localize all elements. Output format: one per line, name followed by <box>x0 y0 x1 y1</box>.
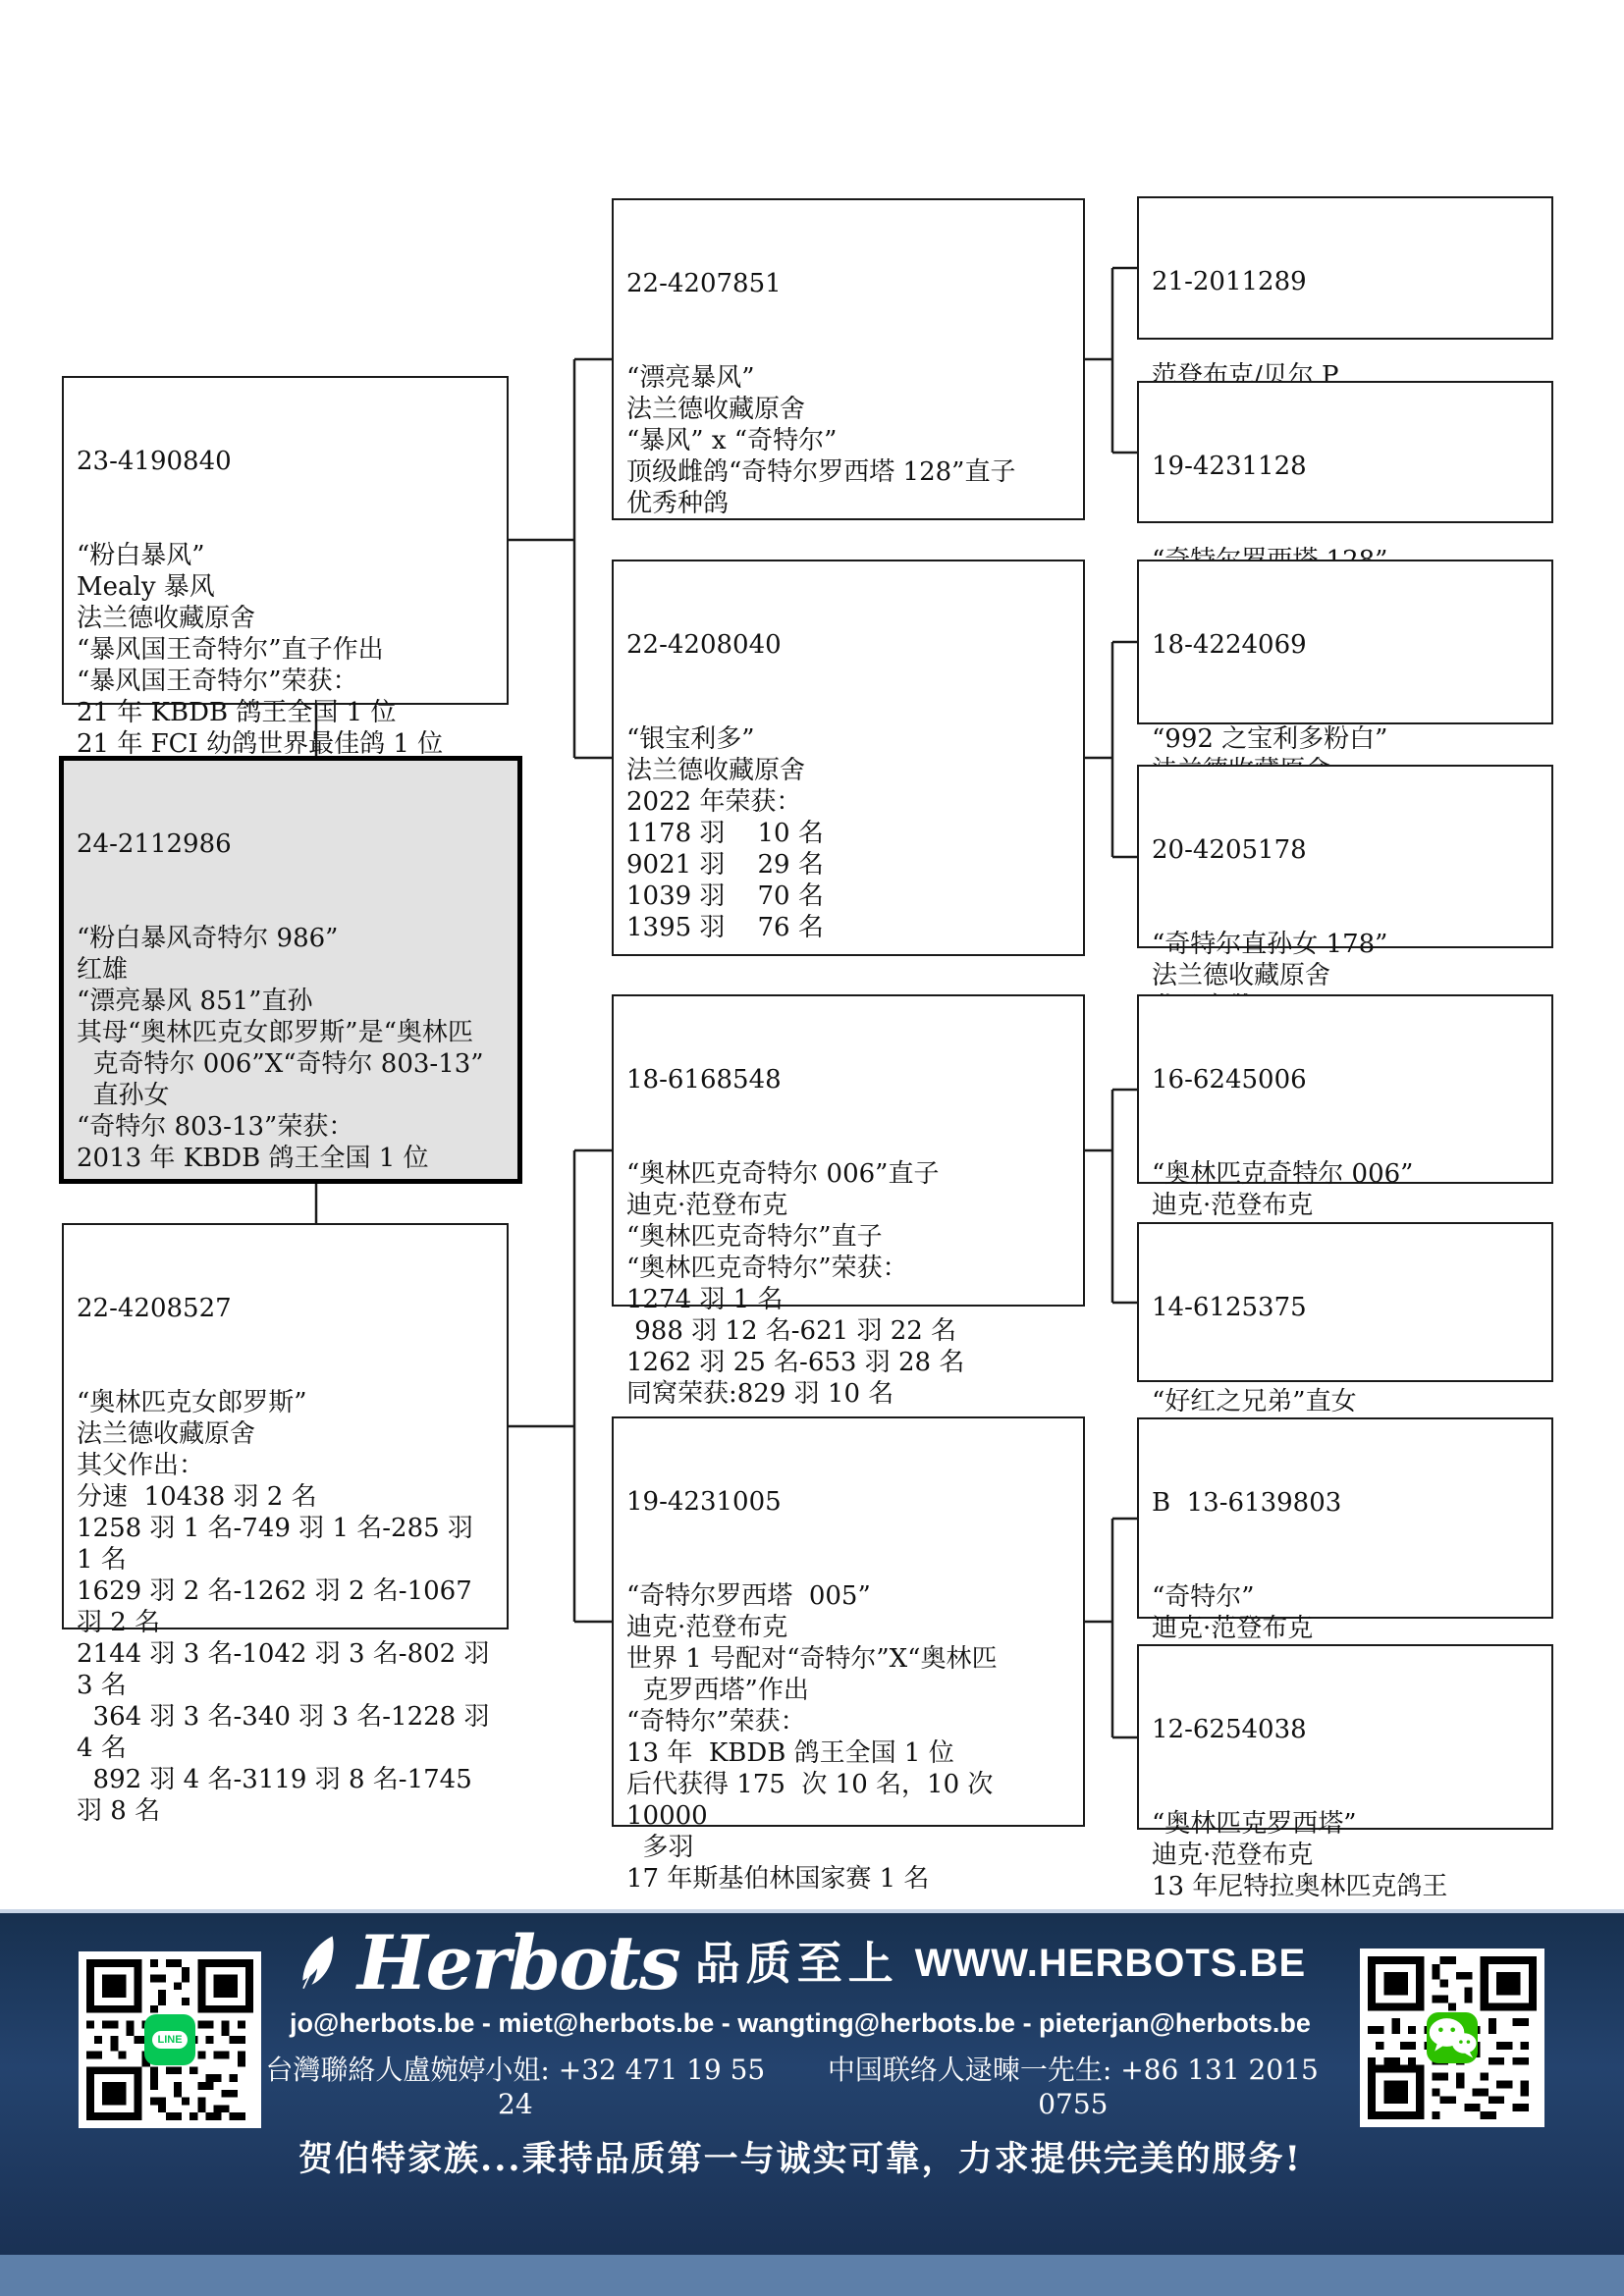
pigeon-details: “奥林匹克女郎罗斯” 法兰德收藏原舍 其父作出： 分速 10438 羽 2 名 … <box>77 1387 494 1827</box>
feather-icon <box>290 1934 347 1994</box>
china-contact: 中国联络人逯暕一先生: +86 131 2015 0755 <box>811 2049 1335 2120</box>
wechat-bubbles <box>1427 2012 1478 2063</box>
great-grandparent-box-7: B 13-6139803 “奇特尔” 迪克·范登布克 2013 年 KBDB 鸽… <box>1137 1417 1553 1619</box>
website-url: WWW.HERBOTS.BE <box>915 1944 1306 1983</box>
ring-number: 18-4224069 <box>1152 629 1539 661</box>
ring-number: 18-6168548 <box>626 1064 1070 1095</box>
footer-bottom-band <box>0 2255 1624 2296</box>
sire-box: 23-4190840 “粉白暴风” Mealy 暴风 法兰德收藏原舍 “暴风国王… <box>62 376 509 705</box>
wechat-qr-code <box>1360 1949 1544 2127</box>
paternal-granddam-box: 22-4208040 “银宝利多” 法兰德收藏原舍 2022 年荣获： 1178… <box>612 560 1085 956</box>
line-icon: LINE <box>144 2014 195 2065</box>
maternal-granddam-box: 19-4231005 “奇特尔罗西塔 005” 迪克·范登布克 世界 1 号配对… <box>612 1416 1085 1827</box>
brand-tagline: 品质至上 <box>695 1941 899 1986</box>
great-grandparent-box-6: 14-6125375 “好红之兄弟”直女 血系“992x40000” <box>1137 1222 1553 1382</box>
brand-logo: Herbots <box>357 1926 679 2001</box>
ring-number: 19-4231005 <box>626 1486 1070 1518</box>
paternal-grandsire-box: 22-4207851 “漂亮暴风” 法兰德收藏原舍 “暴风” x “奇特尔” 顶… <box>612 198 1085 520</box>
ring-number: 22-4208527 <box>77 1293 494 1324</box>
wechat-icon <box>1427 2012 1478 2063</box>
ring-number: B 13-6139803 <box>1152 1487 1539 1519</box>
pigeon-details: “银宝利多” 法兰德收藏原舍 2022 年荣获： 1178 羽 10 名 902… <box>626 723 1070 943</box>
pigeon-details: “奥林匹克奇特尔 006”直子 迪克·范登布克 “奥林匹克奇特尔”直子 “奥林匹… <box>626 1158 1070 1410</box>
great-grandparent-box-3: 18-4224069 “992 之宝利多粉白” 法兰德收藏原舍 2021 年 K… <box>1137 560 1553 724</box>
pigeon-details: “漂亮暴风” 法兰德收藏原舍 “暴风” x “奇特尔” 顶级雌鸽“奇特尔罗西塔 … <box>626 362 1070 519</box>
ring-number: 14-6125375 <box>1152 1292 1539 1323</box>
contact-phones: 台灣聯絡人盧婉婷小姐: +32 471 19 55 24 中国联络人逯暕一先生:… <box>265 2049 1335 2120</box>
footer-banner: LINE <box>0 1909 1624 2296</box>
great-grandparent-box-1: 21-2011289 范登布克/贝尔 P. 2021 年 KBDB 鸽王全国 1… <box>1137 196 1553 340</box>
ring-number: 24-2112986 <box>77 828 505 860</box>
ring-number: 22-4207851 <box>626 268 1070 299</box>
footer-content: Herbots 品质至上 WWW.HERBOTS.BE jo@herbots.b… <box>265 1922 1335 2181</box>
ring-number: 20-4205178 <box>1152 834 1539 866</box>
subject-box: 24-2112986 “粉白暴风奇特尔 986” 红雄 “漂亮暴风 851”直孙… <box>59 756 522 1184</box>
contact-emails: jo@herbots.be - miet@herbots.be - wangti… <box>265 2008 1335 2039</box>
great-grandparent-box-8: 12-6254038 “奥林匹克罗西塔” 迪克·范登布克 13 年尼特拉奥林匹克… <box>1137 1644 1553 1830</box>
pedigree-page: 23-4190840 “粉白暴风” Mealy 暴风 法兰德收藏原舍 “暴风国王… <box>0 0 1624 2296</box>
ring-number: 21-2011289 <box>1152 266 1539 297</box>
line-icon-label: LINE <box>152 2031 187 2049</box>
pigeon-details: “奥林匹克罗西塔” 迪克·范登布克 13 年尼特拉奥林匹克鸽王 <box>1152 1808 1539 1902</box>
ring-number: 16-6245006 <box>1152 1064 1539 1095</box>
great-grandparent-box-5: 16-6245006 “奥林匹克奇特尔 006” 迪克·范登布克 布克新种鸽 <box>1137 994 1553 1184</box>
ring-number: 19-4231128 <box>1152 451 1539 482</box>
great-grandparent-box-2: 19-4231128 “奇特尔罗西塔 128” 法兰德收藏 出自世界 1 号配对 <box>1137 381 1553 523</box>
taiwan-contact: 台灣聯絡人盧婉婷小姐: +32 471 19 55 24 <box>265 2049 766 2120</box>
brand-row: Herbots 品质至上 WWW.HERBOTS.BE <box>265 1922 1335 2004</box>
ring-number: 23-4190840 <box>77 446 494 477</box>
ring-number: 22-4208040 <box>626 629 1070 661</box>
maternal-grandsire-box: 18-6168548 “奥林匹克奇特尔 006”直子 迪克·范登布克 “奥林匹克… <box>612 994 1085 1307</box>
great-grandparent-box-4: 20-4205178 “奇特尔直孙女 178” 法兰德收藏原舍 非凡赛雌 <box>1137 765 1553 948</box>
pigeon-details: “粉白暴风奇特尔 986” 红雄 “漂亮暴风 851”直孙 其母“奥林匹克女郎罗… <box>77 923 505 1174</box>
ring-number: 12-6254038 <box>1152 1714 1539 1745</box>
pigeon-details: “奇特尔罗西塔 005” 迪克·范登布克 世界 1 号配对“奇特尔”X“奥林匹 … <box>626 1580 1070 1895</box>
line-qr-code: LINE <box>79 1951 261 2128</box>
footer-slogan: 贺伯特家族...秉持品质第一与诚实可靠，力求提供完美的服务! <box>265 2132 1335 2181</box>
dam-box: 22-4208527 “奥林匹克女郎罗斯” 法兰德收藏原舍 其父作出： 分速 1… <box>62 1223 509 1629</box>
